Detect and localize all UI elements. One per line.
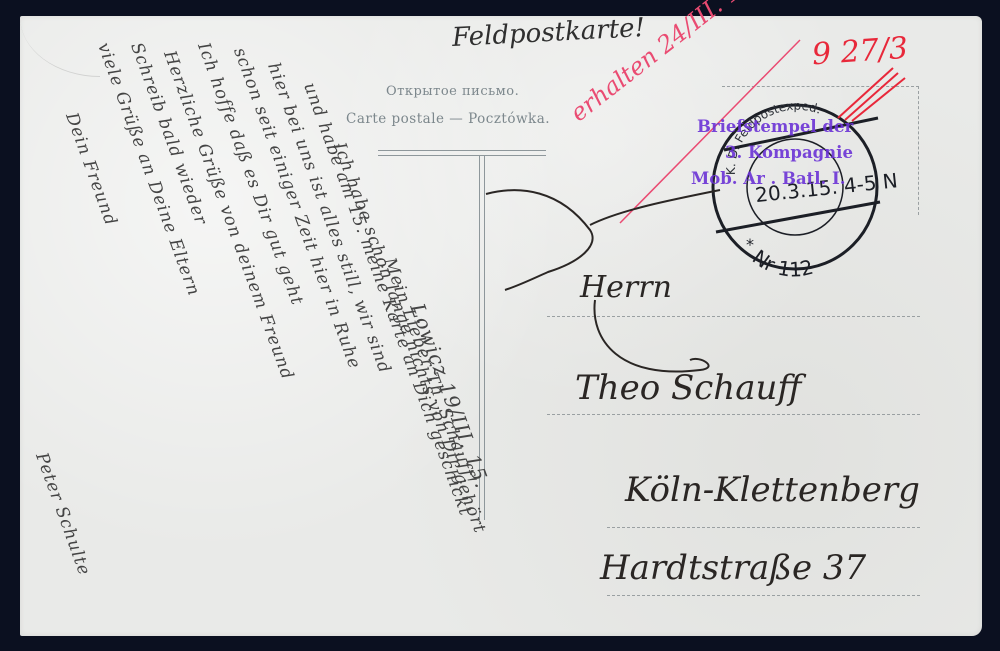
herrn-flourish xyxy=(486,190,720,372)
postmark-and-pen-strokes: 20.3.15. 4-5 N K. D. Feldpostexped. Nr 1… xyxy=(0,0,1000,651)
postmark-number: Nr 112 xyxy=(748,245,816,282)
unit-stamp-line-1: Briefstempel der xyxy=(697,114,853,140)
unit-stamp-line-2: 3. Kompagnie xyxy=(725,140,853,166)
unit-stamp-line-3: Mob. Ar . Batl. I. xyxy=(691,166,853,192)
archive-mark: 9 27/3 xyxy=(811,31,909,73)
postmark-star: * xyxy=(746,235,754,254)
unit-stamp: Briefstempel der 3. Kompagnie Mob. Ar . … xyxy=(697,114,853,192)
